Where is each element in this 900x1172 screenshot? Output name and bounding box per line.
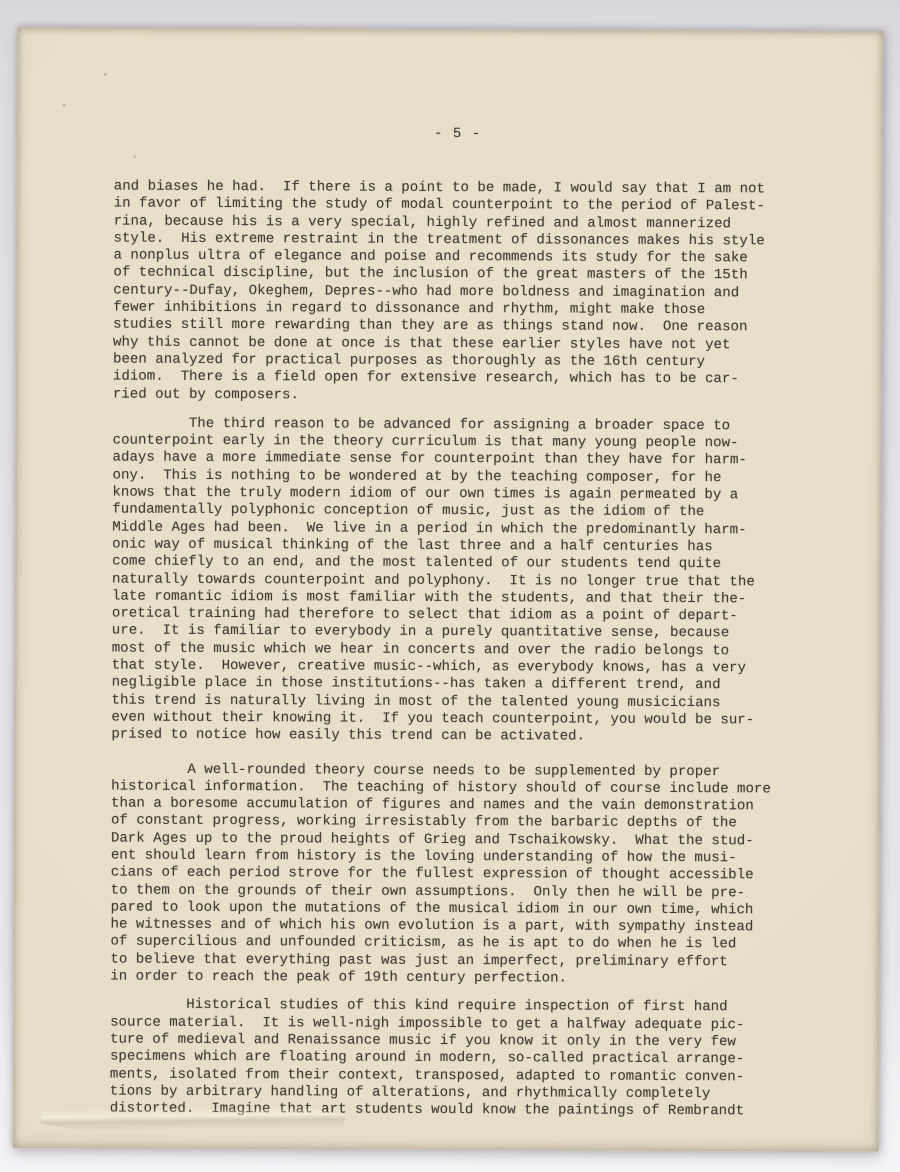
paragraph: and biases he had. If there is a point t… [113,179,814,407]
text-line: prised to notice how easily this trend c… [111,727,811,747]
paragraph: A well-rounded theory course needs to be… [110,761,811,989]
page-number: - 5 - [434,126,481,144]
text-line: ried out by composers. [113,386,813,406]
scan-background: - 5 - and biases he had. If there is a p… [0,0,900,1172]
text-line: in order to reach the peak of 19th centu… [110,969,810,989]
document-page: - 5 - and biases he had. If there is a p… [13,27,884,1152]
paragraph: The third reason to be advanced for assi… [111,415,812,747]
paragraph: Historical studies of this kind require … [110,997,811,1121]
text-line: distorted. Imagine that art students wou… [110,1101,810,1121]
document-body: and biases he had. If there is a point t… [110,179,814,1121]
